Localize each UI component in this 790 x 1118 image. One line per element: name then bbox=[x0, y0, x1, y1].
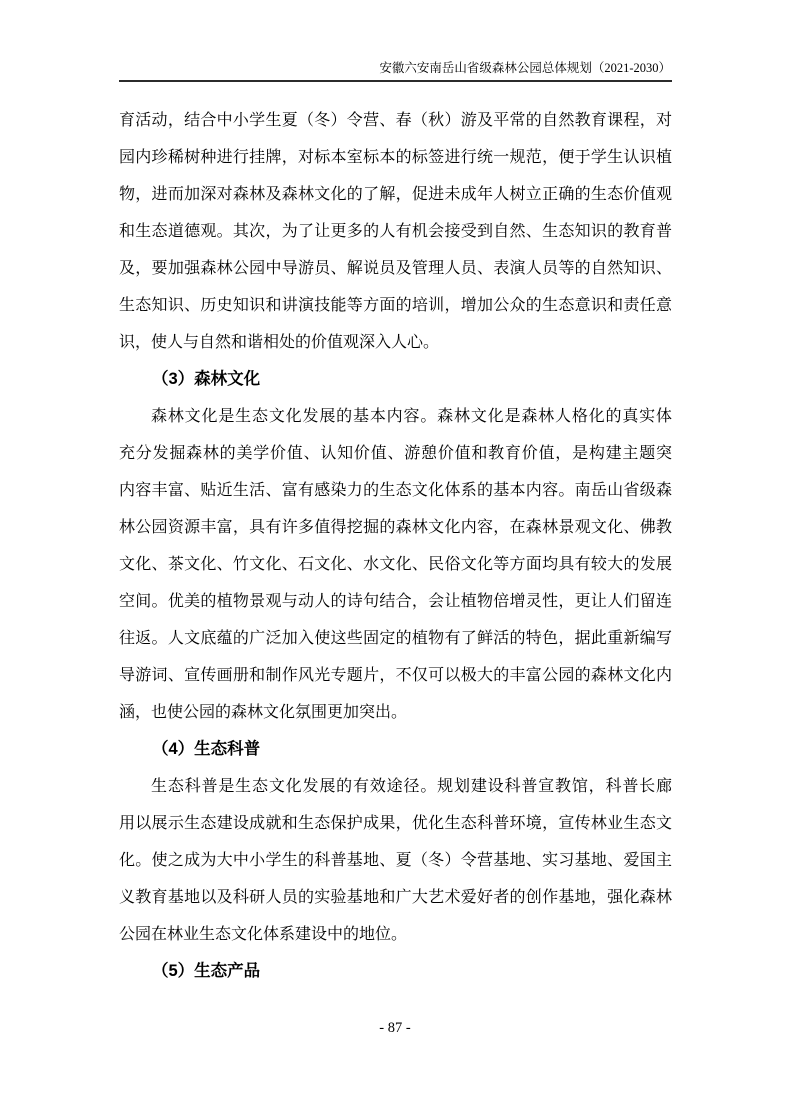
running-header-title: 安徽六安南岳山省级森林公园总体规划（2021-2030） bbox=[119, 58, 671, 78]
text-line: 森林文化是生态文化发展的基本内容。森林文化是森林人格化的真实体现， bbox=[119, 398, 672, 435]
section-heading: （5）生态产品 bbox=[119, 953, 672, 990]
section-heading: （4）生态科普 bbox=[119, 731, 672, 768]
text-line: 导游词、宣传画册和制作风光专题片，不仅可以极大的丰富公园的森林文化内 bbox=[119, 657, 672, 694]
text-line: 公园在林业生态文化体系建设中的地位。 bbox=[119, 916, 672, 953]
page-number: - 87 - bbox=[0, 1016, 790, 1040]
text-line: 义教育基地以及科研人员的实验基地和广大艺术爱好者的创作基地，强化森林 bbox=[119, 879, 672, 916]
text-line: 充分发掘森林的美学价值、认知价值、游憩价值和教育价值，是构建主题突出、 bbox=[119, 435, 672, 472]
text-line: 用以展示生态建设成就和生态保护成果，优化生态科普环境，宣传林业生态文 bbox=[119, 805, 672, 842]
text-line: 涵，也使公园的森林文化氛围更加突出。 bbox=[119, 694, 672, 731]
document-body: 育活动，结合中小学生夏（冬）令营、春（秋）游及平常的自然教育课程，对园内珍稀树种… bbox=[119, 102, 672, 990]
text-line: 林公园资源丰富，具有许多值得挖掘的森林文化内容，在森林景观文化、佛教 bbox=[119, 509, 672, 546]
section-heading: （3）森林文化 bbox=[119, 361, 672, 398]
text-line: 内容丰富、贴近生活、富有感染力的生态文化体系的基本内容。南岳山省级森 bbox=[119, 472, 672, 509]
text-line: 育活动，结合中小学生夏（冬）令营、春（秋）游及平常的自然教育课程，对 bbox=[119, 102, 672, 139]
text-line: 生态知识、历史知识和讲演技能等方面的培训，增加公众的生态意识和责任意 bbox=[119, 287, 672, 324]
text-line: 生态科普是生态文化发展的有效途径。规划建设科普宣教馆，科普长廊等， bbox=[119, 768, 672, 805]
text-line: 空间。优美的植物景观与动人的诗句结合，会让植物倍增灵性，更让人们留连 bbox=[119, 583, 672, 620]
header-rule bbox=[119, 80, 672, 82]
text-line: 化。使之成为大中小学生的科普基地、夏（冬）令营基地、实习基地、爱国主 bbox=[119, 842, 672, 879]
text-line: 往返。人文底蕴的广泛加入使这些固定的植物有了鲜活的特色，据此重新编写 bbox=[119, 620, 672, 657]
text-line: 识，使人与自然和谐相处的价值观深入人心。 bbox=[119, 324, 672, 361]
text-line: 和生态道德观。其次，为了让更多的人有机会接受到自然、生态知识的教育普 bbox=[119, 213, 672, 250]
text-line: 文化、茶文化、竹文化、石文化、水文化、民俗文化等方面均具有较大的发展 bbox=[119, 546, 672, 583]
text-line: 园内珍稀树种进行挂牌，对标本室标本的标签进行统一规范，便于学生认识植 bbox=[119, 139, 672, 176]
text-line: 及，要加强森林公园中导游员、解说员及管理人员、表演人员等的自然知识、 bbox=[119, 250, 672, 287]
text-line: 物，进而加深对森林及森林文化的了解，促进未成年人树立正确的生态价值观 bbox=[119, 176, 672, 213]
document-page: 安徽六安南岳山省级森林公园总体规划（2021-2030） 育活动，结合中小学生夏… bbox=[0, 0, 790, 1118]
